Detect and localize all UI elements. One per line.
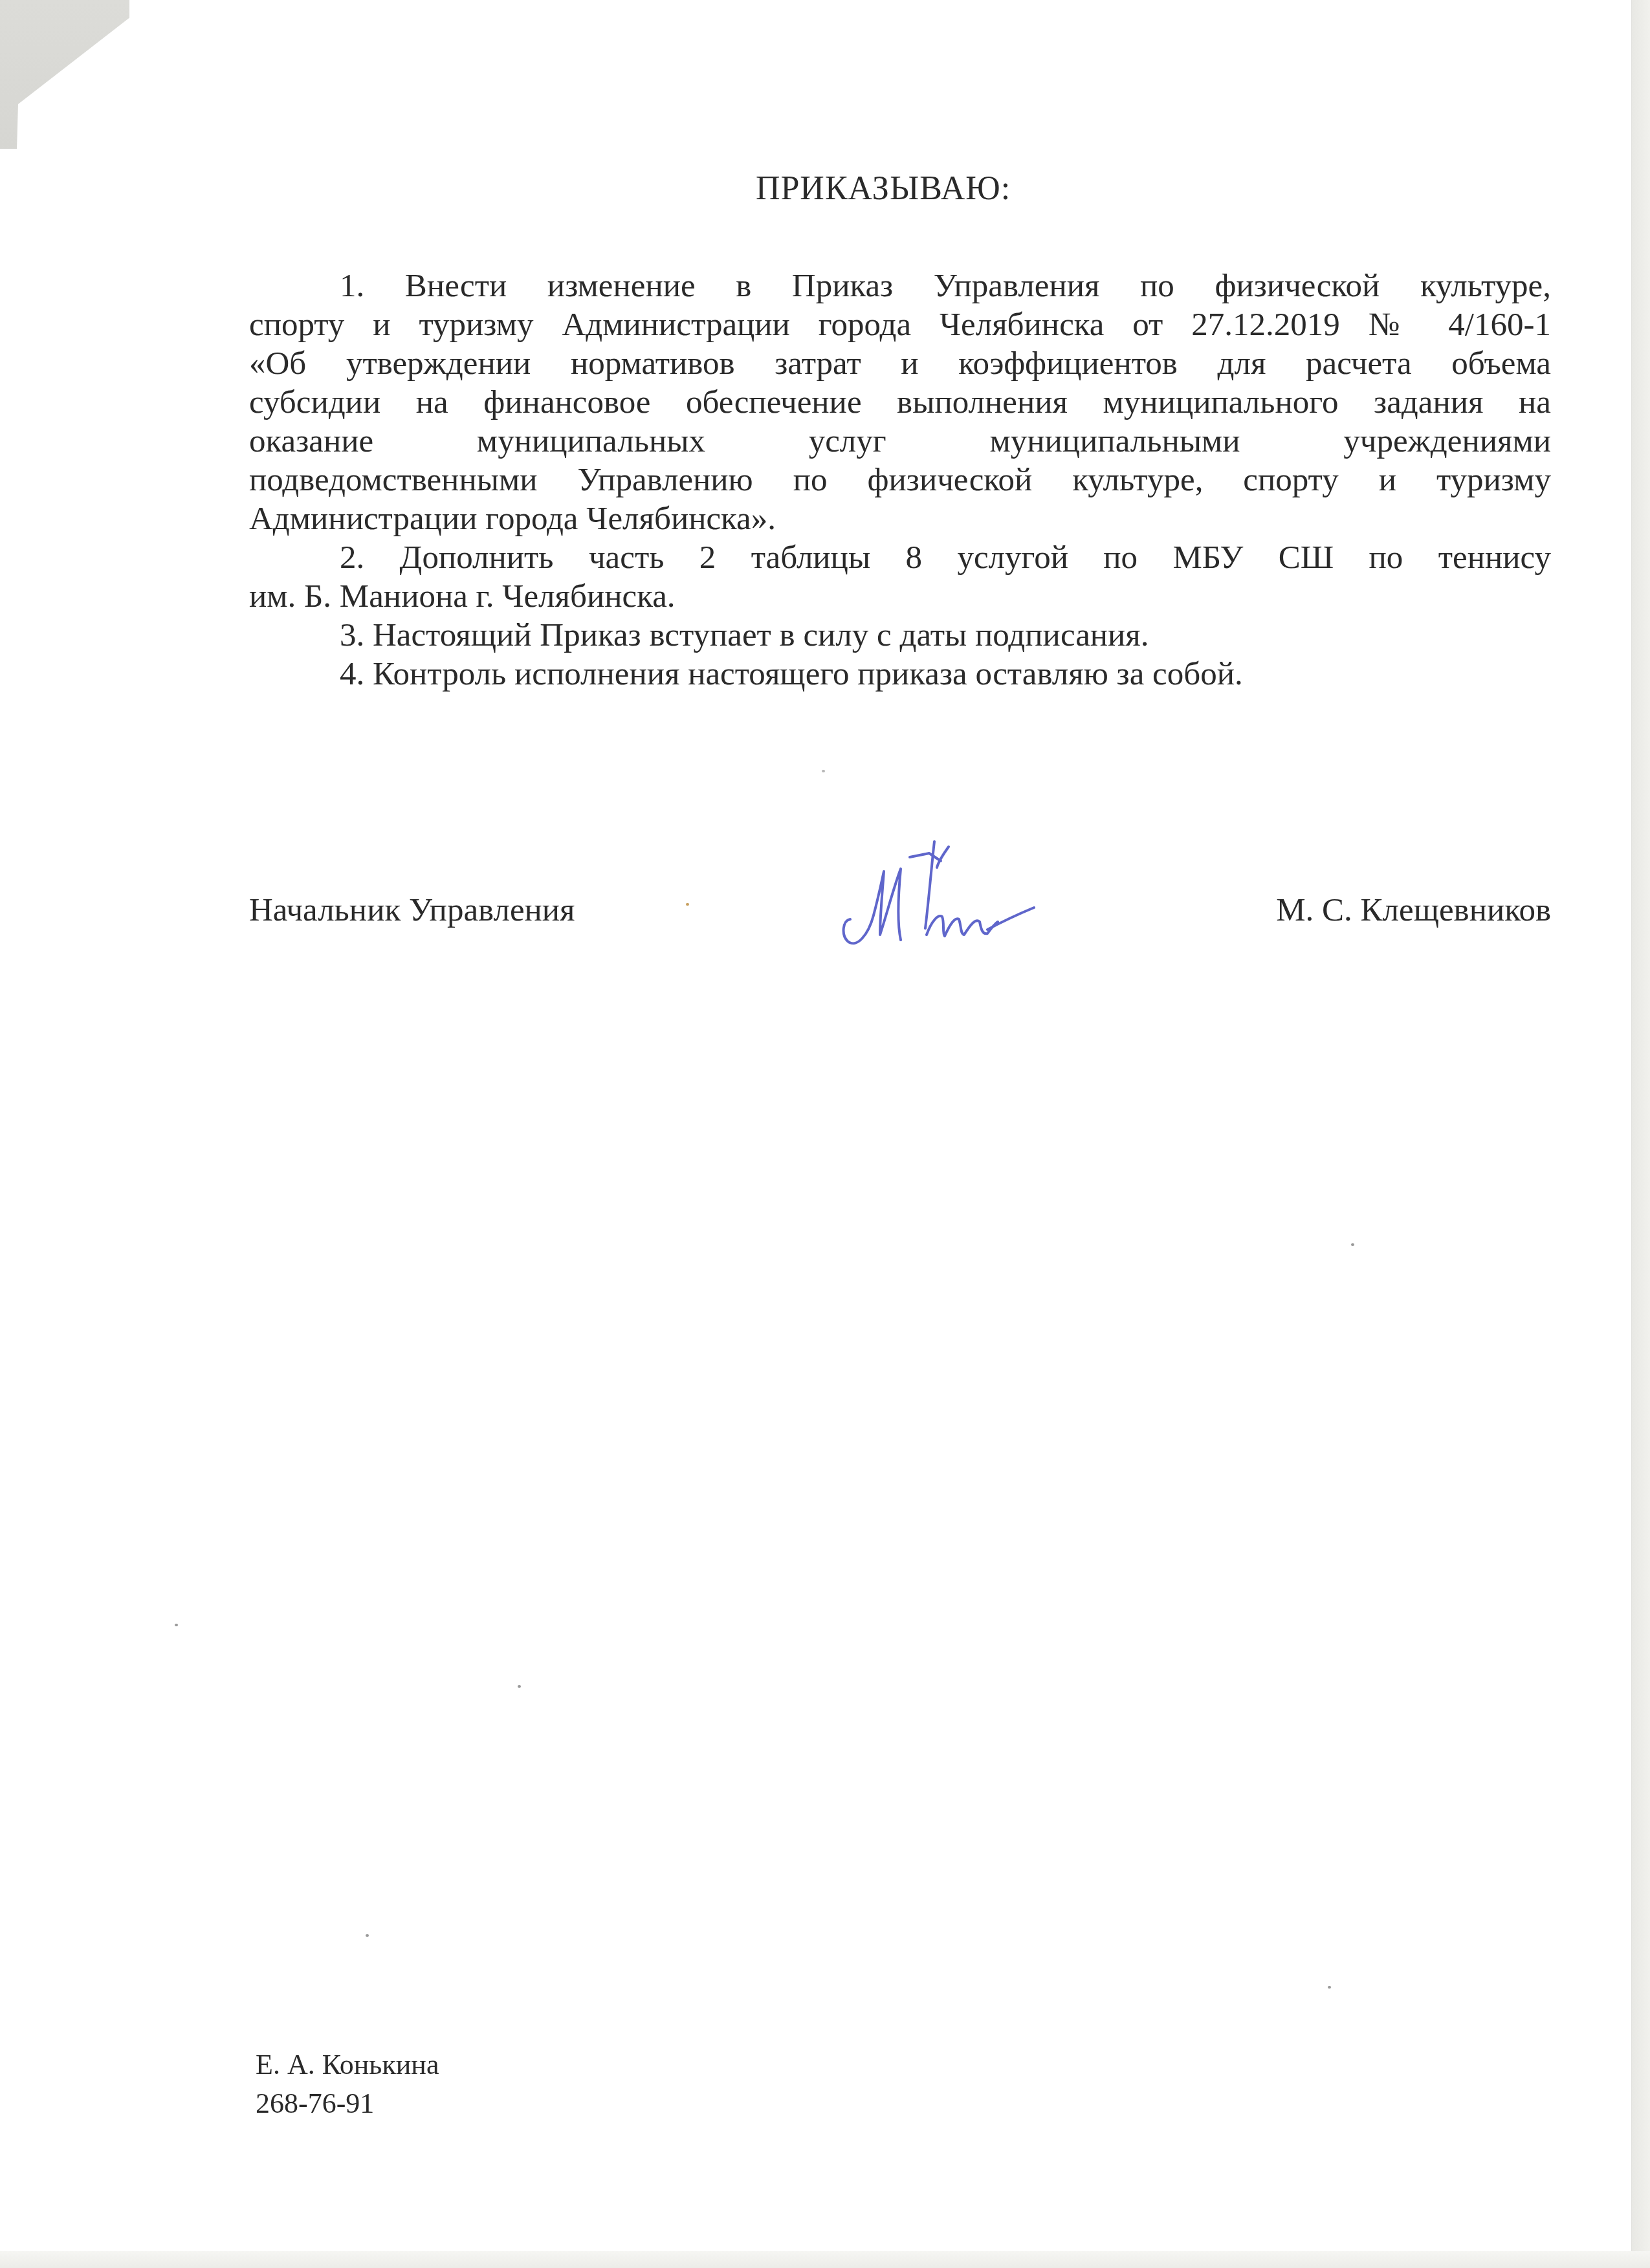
scan-speck	[518, 1685, 521, 1688]
executor-phone: 268-76-91	[256, 2084, 439, 2123]
scan-speck	[1328, 1986, 1331, 1989]
scan-speck	[822, 770, 825, 772]
text-line: «Об утверждении нормативов затрат и коэф…	[249, 344, 1551, 383]
text-line: Администрации города Челябинска».	[249, 499, 1551, 538]
scanned-page: ПРИКАЗЫВАЮ: 1. Внести изменение в Приказ…	[0, 0, 1650, 2268]
text-line: им. Б. Маниона г. Челябинска.	[249, 577, 1551, 616]
executor-name: Е. А. Конькина	[256, 2045, 439, 2084]
scan-speck	[686, 903, 689, 906]
signature-block: Начальник Управления М. С. Клещевников	[249, 880, 1551, 944]
paragraph-1: 1. Внести изменение в Приказ Управления …	[249, 267, 1551, 538]
scan-speck	[1351, 1243, 1354, 1246]
folded-corner	[0, 0, 129, 149]
order-heading: ПРИКАЗЫВАЮ:	[0, 169, 1650, 208]
signatory-name: М. С. Клещевников	[1276, 891, 1551, 929]
text-line: 2. Дополнить часть 2 таблицы 8 услугой п…	[249, 538, 1551, 577]
scan-speck	[366, 1934, 369, 1937]
text-line: 1. Внести изменение в Приказ Управления …	[249, 267, 1551, 305]
paragraph-2: 2. Дополнить часть 2 таблицы 8 услугой п…	[249, 538, 1551, 616]
order-body: 1. Внести изменение в Приказ Управления …	[249, 267, 1551, 693]
scan-speck	[175, 1624, 178, 1626]
text-line: 4. Контроль исполнения настоящего приказ…	[249, 655, 1551, 693]
paragraph-4: 4. Контроль исполнения настоящего приказ…	[249, 655, 1551, 693]
signatory-position: Начальник Управления	[249, 891, 575, 929]
executor-contact: Е. А. Конькина 268-76-91	[256, 2045, 439, 2123]
handwritten-signature	[828, 838, 1042, 954]
text-line: подведомственными Управлению по физическ…	[249, 461, 1551, 499]
scan-edge-bottom	[0, 2251, 1650, 2268]
text-line: субсидии на финансовое обеспечение выпол…	[249, 383, 1551, 422]
scan-edge-right	[1631, 0, 1650, 2268]
text-line: 3. Настоящий Приказ вступает в силу с да…	[249, 616, 1551, 655]
text-line: спорту и туризму Администрации города Че…	[249, 305, 1551, 344]
paragraph-3: 3. Настоящий Приказ вступает в силу с да…	[249, 616, 1551, 655]
text-line: оказание муниципальных услуг муниципальн…	[249, 422, 1551, 461]
